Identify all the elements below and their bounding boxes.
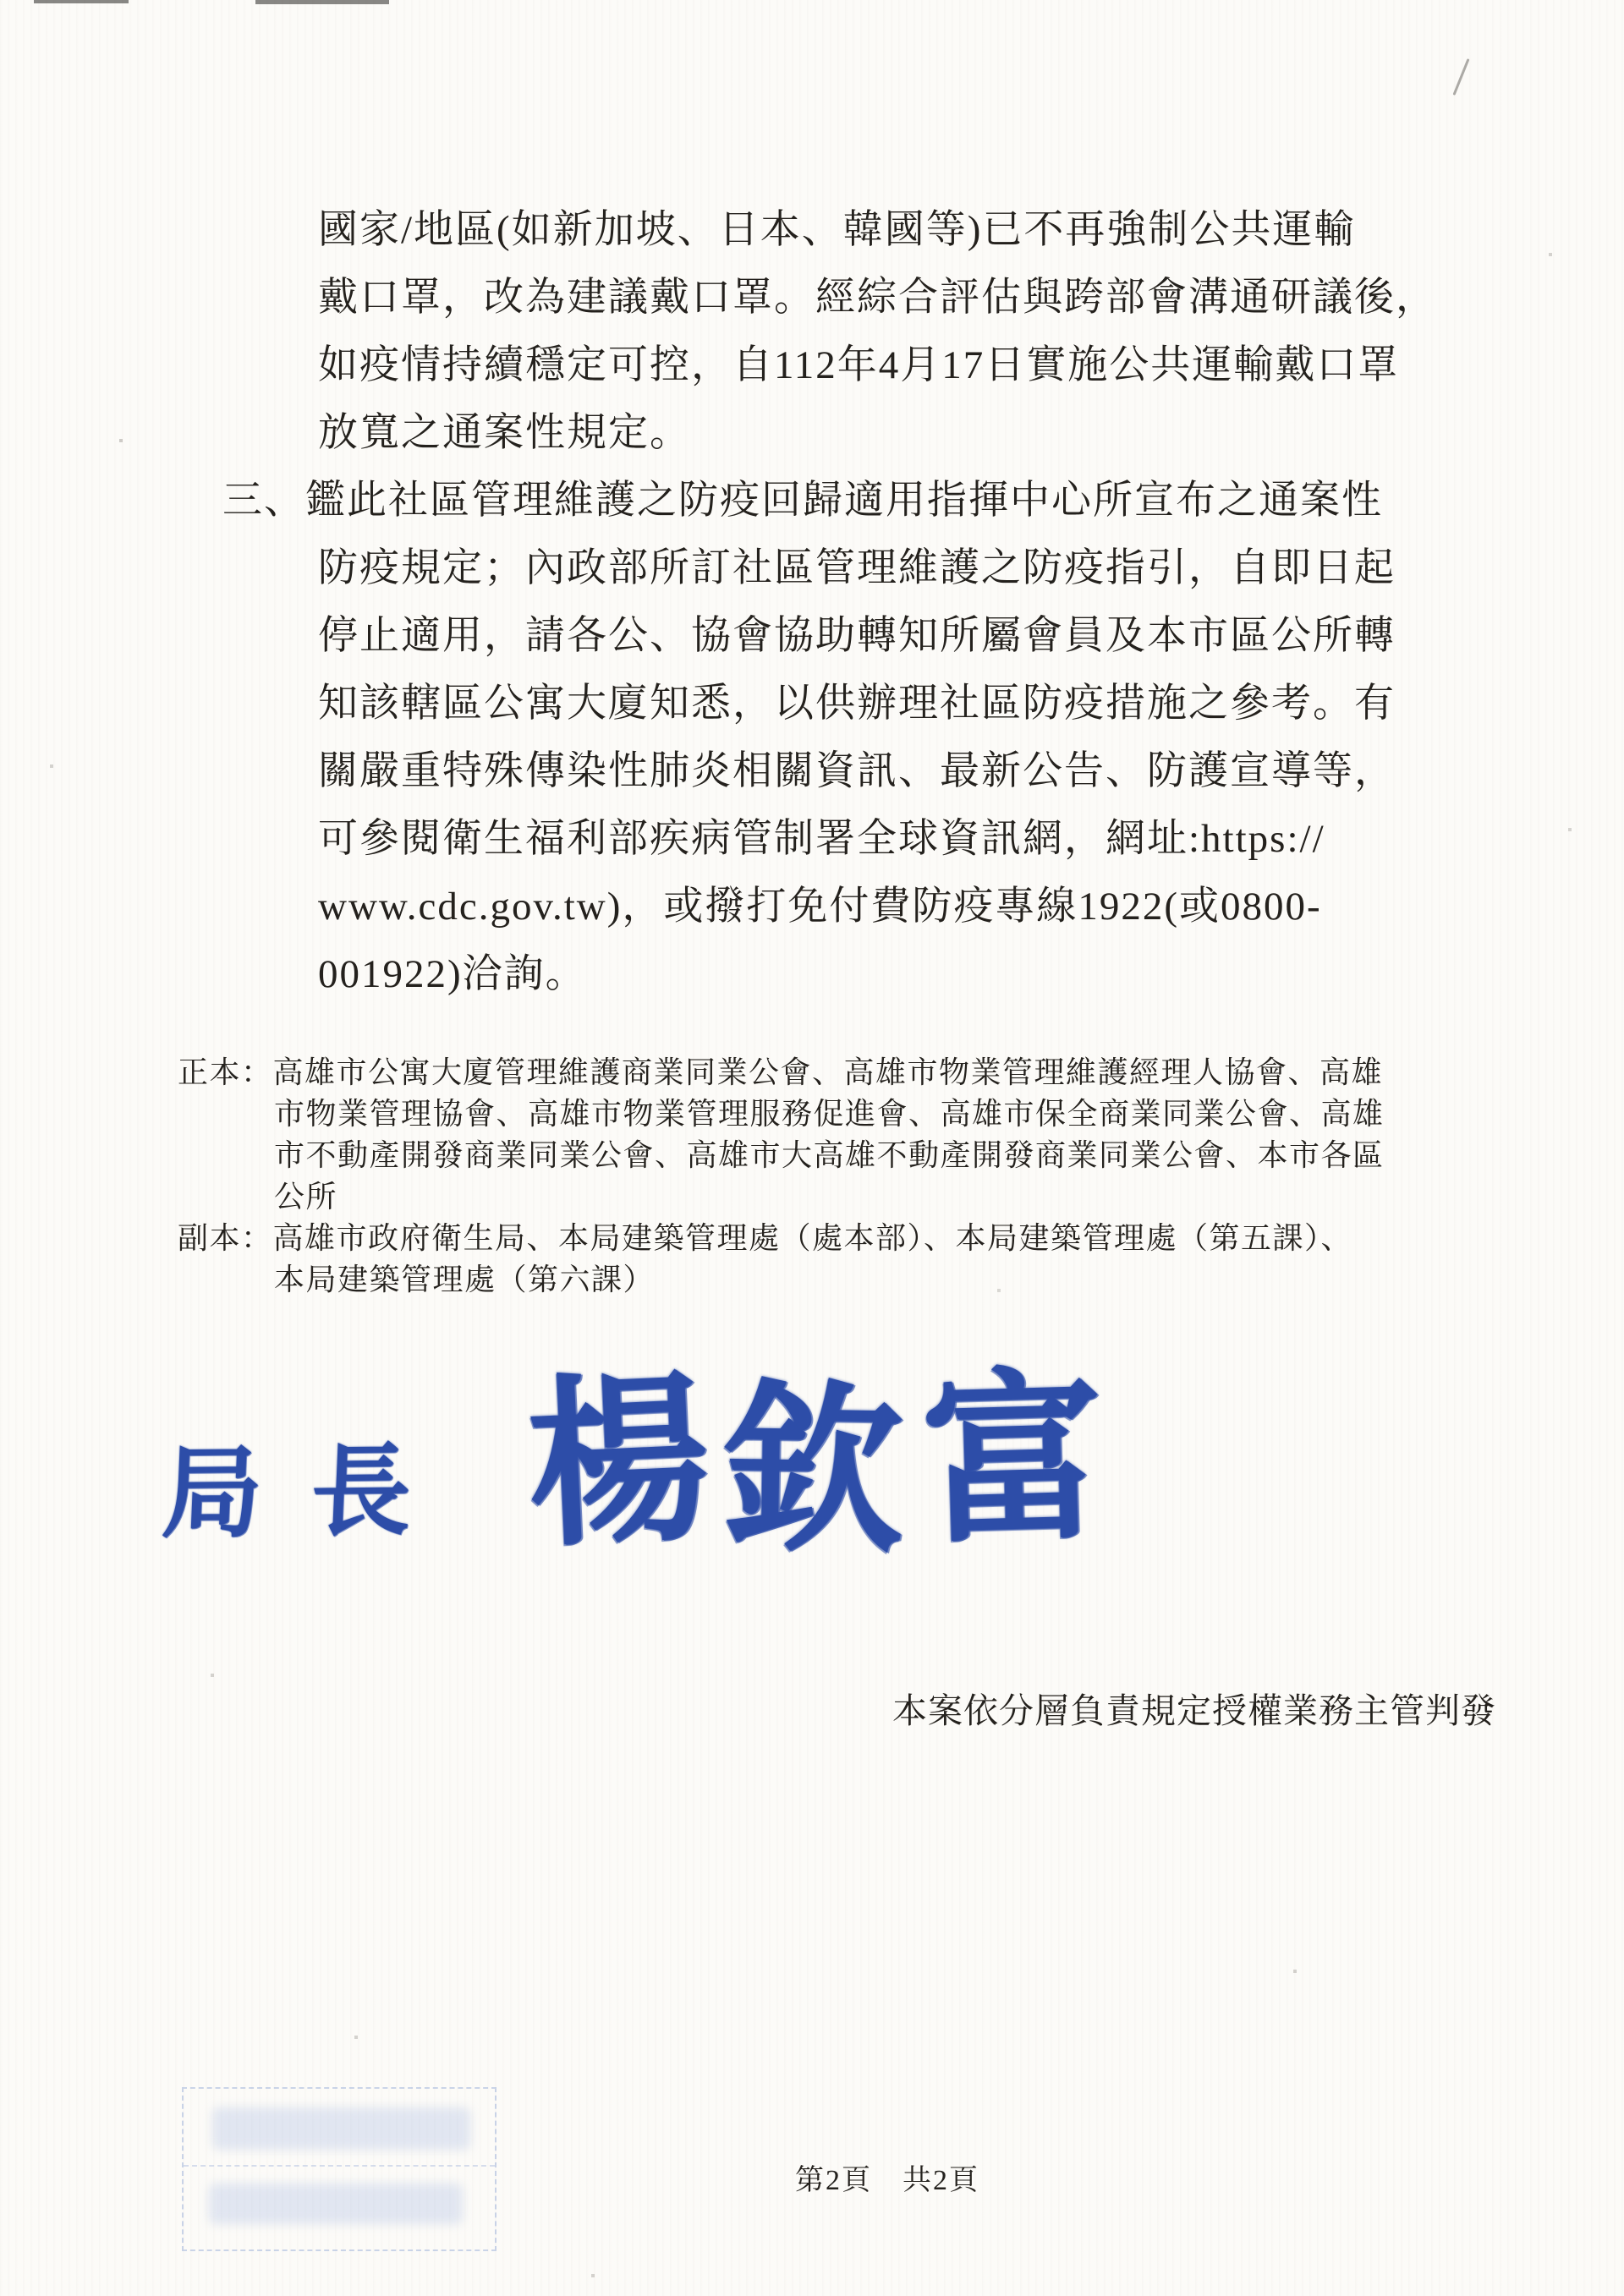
body-line: 防疫規定；內政部所訂社區管理維護之防疫指引，自即日起 [318,534,1624,602]
bleed-through-divider [184,2165,495,2167]
bleed-through-stamp-box [182,2087,497,2251]
bleed-through-illegible-text [212,2107,470,2150]
director-signature-stamp: 局長 楊 欽 富 [161,1318,1105,1608]
recipients-block: 正本：高雄市公寓大廈管理維護商業同業公會、高雄市物業管理維護經理人協會、高雄 市… [0,1052,1624,1301]
authorization-note: 本案依分層負責規定授權業務主管判發 [892,1683,1496,1733]
director-title: 局長 [160,1410,464,1557]
body-line-item-3: 三、鑑此社區管理維護之防疫回歸適用指揮中心所宣布之通案性 [222,467,1624,534]
body-line: 001922)洽詢。 [318,940,1624,1008]
director-name: 楊 欽 富 [527,1367,1105,1555]
scan-edge-mark [255,0,389,4]
body-line: 放寬之通案性規定。 [318,399,1624,467]
body-line: www.cdc.gov.tw)，或撥打免付費防疫專線1922(或0800- [318,873,1624,940]
body-line: 停止適用，請各公、協會協助轉知所屬會員及本市區公所轉 [318,602,1624,670]
body-text-block: 國家/地區(如新加坡、日本、韓國等)已不再強制公共運輸 戴口罩，改為建議戴口罩。… [0,196,1624,1008]
body-line: 戴口罩，改為建議戴口罩。經綜合評估與跨部會溝通研議後， [318,264,1624,332]
zhengben-line: 正本：高雄市公寓大廈管理維護商業同業公會、高雄市物業管理維護經理人協會、高雄 [178,1052,1624,1093]
scan-noise-specks [0,0,2,2]
body-line: 關嚴重特殊傳染性肺炎相關資訊、最新公告、防護宣導等， [318,737,1624,805]
bleed-through-illegible-text [209,2184,463,2224]
body-line: 知該轄區公寓大廈知悉，以供辦理社區防疫措施之參考。有 [318,670,1624,737]
zhengben-line: 市不動產開發商業同業公會、高雄市大高雄不動產開發商業同業公會、本市各區 [274,1135,1624,1176]
director-name-char: 楊 [524,1368,714,1559]
fuben-line: 本局建築管理處（第六課） [274,1259,1624,1301]
scan-stray-mark [1452,58,1469,96]
director-name-char: 富 [919,1367,1106,1554]
scan-edge-mark [34,0,129,3]
fuben-line: 副本：高雄市政府衛生局、本局建築管理處（處本部）、本局建築管理處（第五課）、 [178,1218,1624,1259]
body-line: 可參閱衛生福利部疾病管制署全球資訊網，網址:https:// [318,805,1624,873]
body-line: 國家/地區(如新加坡、日本、韓國等)已不再強制公共運輸 [318,196,1624,264]
zhengben-line: 市物業管理協會、高雄市物業管理服務促進會、高雄市保全商業同業公會、高雄 [274,1093,1624,1135]
zhengben-line: 公所 [274,1176,1624,1218]
body-line: 如疫情持續穩定可控，自112年4月17日實施公共運輸戴口罩 [318,332,1624,399]
director-name-char: 欽 [720,1379,904,1564]
page-number-footer: 第2頁 共2頁 [795,2156,979,2198]
scanned-document-page: 國家/地區(如新加坡、日本、韓國等)已不再強制公共運輸 戴口罩，改為建議戴口罩。… [0,0,1624,2296]
